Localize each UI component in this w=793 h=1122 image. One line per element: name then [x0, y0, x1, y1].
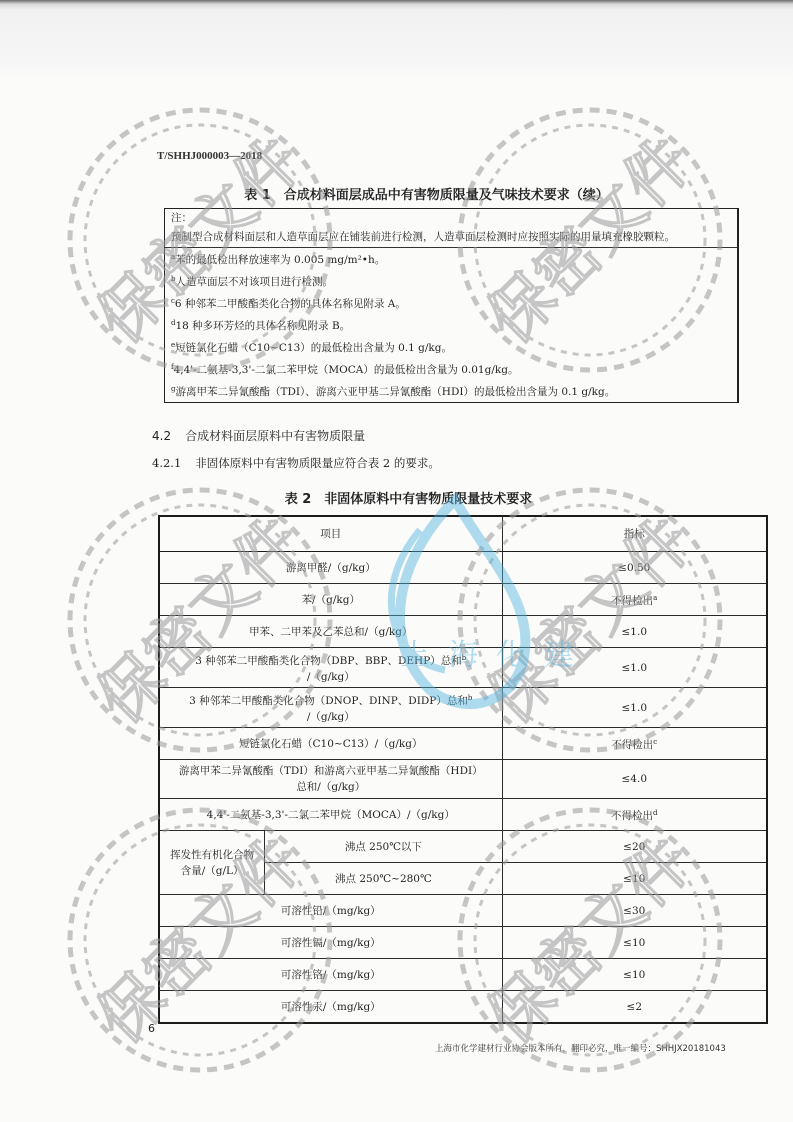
item-cell: 可溶性镉/（mg/kg）: [159, 927, 502, 959]
item-cell: 甲苯、二甲苯及乙苯总和/（g/kg）: [159, 616, 502, 648]
limit-cell: ≤10: [502, 927, 767, 959]
condition-cell: 沸点 250℃~280℃: [265, 863, 502, 895]
table1-title: 表 1 合成材料面层成品中有害物质限量及气味技术要求（续）: [30, 184, 793, 203]
document-code: T/SHHJ000003—2018: [157, 150, 262, 162]
limit-cell: ≤20: [502, 831, 767, 863]
item-cell: 游离甲醛/（g/kg）: [159, 552, 502, 584]
footnote-d: d18 种多环芳烃的具体名称见附录 B。: [165, 314, 737, 336]
note-main: 预制型合成材料面层和人造草面层应在铺装前进行检测，人造草面层检测时应按照实际的用…: [165, 228, 737, 247]
footnote-a: a苯的最低检出释放速率为 0.005 mg/m²•h。: [165, 248, 737, 270]
section-title: 合成材料面层原料中有害物质限量: [185, 429, 365, 443]
item-cell: 可溶性铬/（mg/kg）: [159, 959, 502, 991]
section-4-2-heading: 4.2合成材料面层原料中有害物质限量: [152, 427, 365, 444]
table-row: 可溶性铬/（mg/kg）≤10: [159, 959, 767, 991]
table-row: 3 种邻苯二甲酸酯类化合物（DBP、BBP、DEHP）总和b/（g/kg）≤1.…: [159, 648, 767, 688]
limit-cell: ≤0.50: [502, 552, 767, 584]
footnote-g: g游离甲苯二异氰酸酯（TDI）、游离六亚甲基二异氰酸酯（HDI）的最低检出含量为…: [165, 380, 737, 402]
limit-cell: ≤30: [502, 895, 767, 927]
header-limit: 指标: [502, 516, 767, 552]
table-row: 可溶性汞/（mg/kg）≤2: [159, 991, 767, 1024]
footnote-f: f4,4'-二氨基-3,3'-二氯二苯甲烷（MOCA）的最低检出含量为 0.01…: [165, 358, 737, 380]
item-cell: 短链氯化石蜡（C10~C13）/（g/kg）: [159, 728, 502, 760]
header-item: 项目: [159, 516, 502, 552]
table-row: 挥发性有机化合物含量/（g/L）沸点 250℃以下≤20: [159, 831, 767, 863]
item-cell: 3 种邻苯二甲酸酯类化合物（DNOP、DINP、DIDP）总和b/（g/kg）: [159, 688, 502, 728]
section-4-2-1-text: 4.2.1非固体原料中有害物质限量应符合表 2 的要求。: [152, 455, 440, 471]
item-cell: 可溶性汞/（mg/kg）: [159, 991, 502, 1024]
footnote-list: a苯的最低检出释放速率为 0.005 mg/m²•h。b人造草面层不对该项目进行…: [165, 247, 737, 402]
table-row: 苯/（g/kg）不得检出a: [159, 584, 767, 616]
item-cell: 4,4'-二氨基-3,3'-二氯二苯甲烷（MOCA）/（g/kg）: [159, 799, 502, 831]
note-label: 注：: [165, 209, 737, 228]
voc-label-cell: 挥发性有机化合物含量/（g/L）: [159, 831, 265, 895]
footnote-c: c6 种邻苯二甲酸酯类化合物的具体名称见附录 A。: [165, 292, 737, 314]
page-number: 6: [148, 1022, 155, 1035]
item-cell: 可溶性铅/（mg/kg）: [159, 895, 502, 927]
copyright-line: 上海市化学建材行业协会版本所有，翻印必究，唯一编号：SHHJX20181043: [435, 1042, 726, 1054]
table1-notes: 注： 预制型合成材料面层和人造草面层应在铺装前进行检测，人造草面层检测时应按照实…: [164, 208, 739, 403]
table2-title: 表 2 非固体原料中有害物质限量技术要求: [12, 488, 793, 507]
section-text: 非固体原料中有害物质限量应符合表 2 的要求。: [195, 456, 440, 470]
footnote-b: b人造草面层不对该项目进行检测。: [165, 270, 737, 292]
limit-cell: ≤10: [502, 863, 767, 895]
limit-cell: ≤1.0: [502, 616, 767, 648]
section-number: 4.2.1: [152, 456, 181, 470]
footnote-e: e短链氯化石蜡（C10~C13）的最低检出含量为 0.1 g/kg。: [165, 336, 737, 358]
table-row: 游离甲苯二异氰酸酯（TDI）和游离六亚甲基二异氰酸酯（HDI）总和/（g/kg）…: [159, 760, 767, 799]
table-row: 短链氯化石蜡（C10~C13）/（g/kg）不得检出c: [159, 728, 767, 760]
item-cell: 苯/（g/kg）: [159, 584, 502, 616]
table-row: 可溶性镉/（mg/kg）≤10: [159, 927, 767, 959]
table-row: 4,4'-二氨基-3,3'-二氯二苯甲烷（MOCA）/（g/kg）不得检出d: [159, 799, 767, 831]
item-cell: 3 种邻苯二甲酸酯类化合物（DBP、BBP、DEHP）总和b/（g/kg）: [159, 648, 502, 688]
limit-cell: 不得检出c: [502, 728, 767, 760]
limit-cell: 不得检出a: [502, 584, 767, 616]
limit-cell: ≤4.0: [502, 760, 767, 799]
condition-cell: 沸点 250℃以下: [265, 831, 502, 863]
limit-cell: ≤1.0: [502, 688, 767, 728]
table2: 项目 指标 游离甲醛/（g/kg）≤0.50苯/（g/kg）不得检出a甲苯、二甲…: [158, 515, 768, 1024]
item-cell: 游离甲苯二异氰酸酯（TDI）和游离六亚甲基二异氰酸酯（HDI）总和/（g/kg）: [159, 760, 502, 799]
limit-cell: 不得检出d: [502, 799, 767, 831]
table-row: 3 种邻苯二甲酸酯类化合物（DNOP、DINP、DIDP）总和b/（g/kg）≤…: [159, 688, 767, 728]
table-row: 甲苯、二甲苯及乙苯总和/（g/kg）≤1.0: [159, 616, 767, 648]
limit-cell: ≤2: [502, 991, 767, 1024]
section-number: 4.2: [152, 429, 171, 443]
limit-cell: ≤1.0: [502, 648, 767, 688]
table-row: 游离甲醛/（g/kg）≤0.50: [159, 552, 767, 584]
limit-cell: ≤10: [502, 959, 767, 991]
table-row: 可溶性铅/（mg/kg）≤30: [159, 895, 767, 927]
scan-top-edge: [0, 0, 793, 80]
